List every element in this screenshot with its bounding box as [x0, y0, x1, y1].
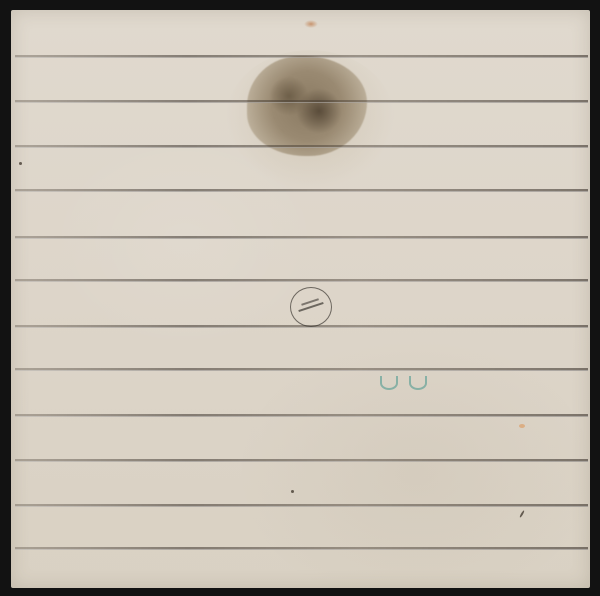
circular-stamp	[290, 287, 332, 327]
ruled-line	[15, 325, 588, 328]
ruled-line	[15, 504, 588, 507]
orange-speck	[519, 424, 525, 428]
rust-spot	[304, 20, 318, 28]
green-mark-left	[380, 376, 398, 390]
brown-stain	[247, 56, 367, 156]
ruled-line	[15, 547, 588, 550]
ruled-line	[15, 368, 588, 371]
photo-background	[0, 0, 600, 596]
speck	[291, 490, 294, 493]
ruled-line	[15, 236, 588, 239]
ruled-line	[15, 279, 588, 282]
ruled-line	[15, 189, 588, 192]
ruled-line	[15, 459, 588, 462]
green-mark-right	[409, 376, 427, 390]
ruled-line	[15, 414, 588, 417]
ruled-line	[15, 55, 588, 58]
speck	[19, 162, 22, 165]
ruled-line	[15, 100, 588, 103]
speck	[519, 510, 525, 518]
lined-card	[11, 10, 590, 588]
ruled-line	[15, 145, 588, 148]
